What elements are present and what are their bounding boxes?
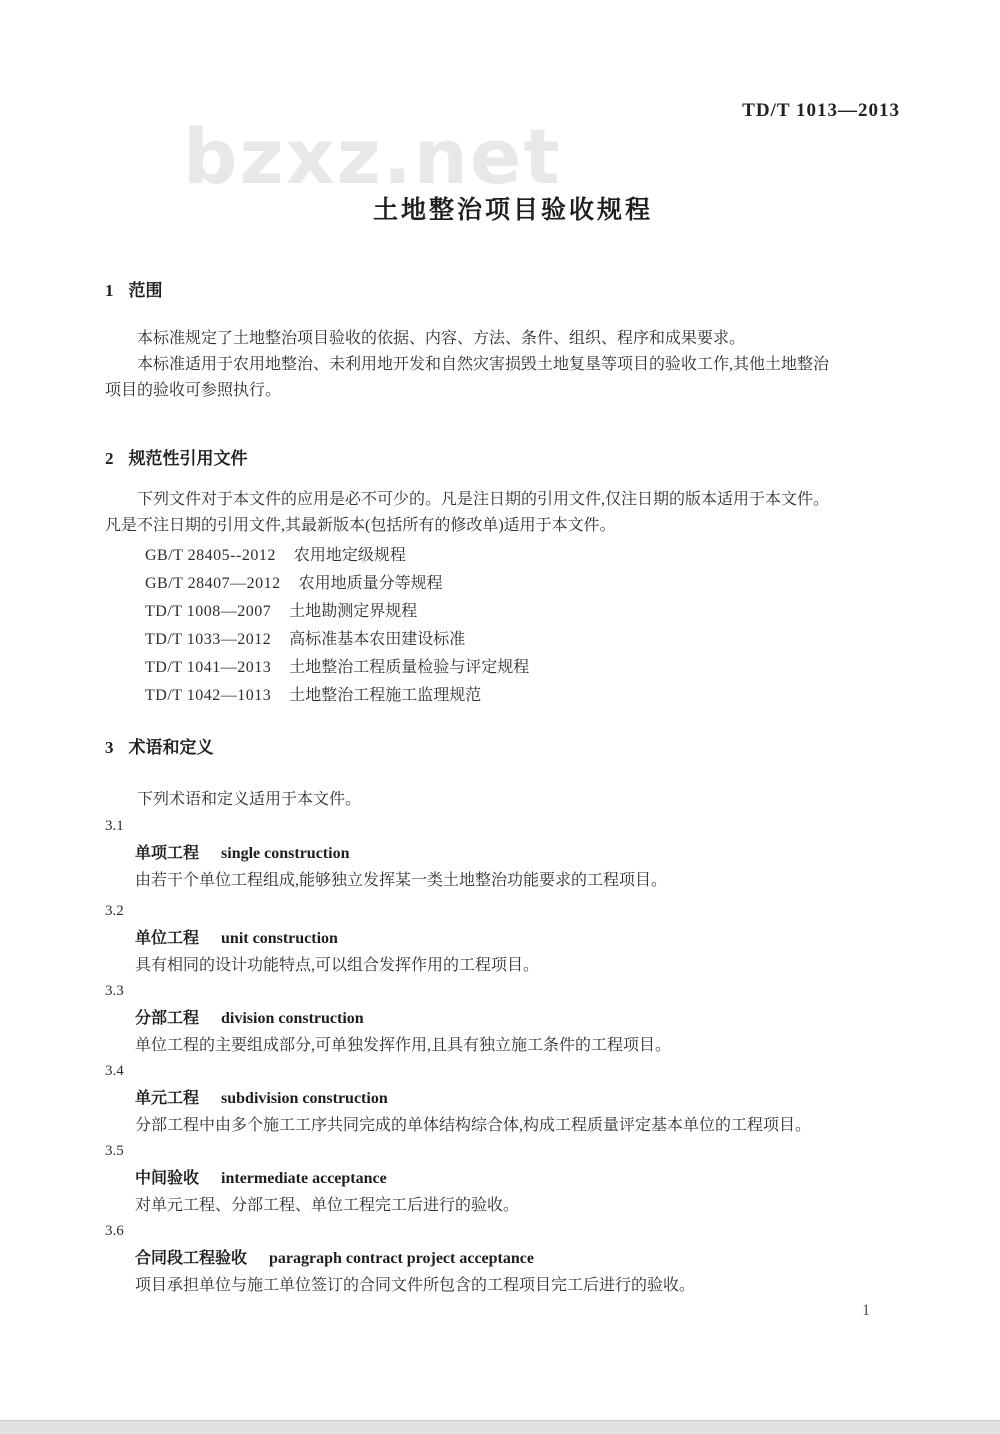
reference-item: TD/T 1033—2012高标准基本农田建设标准 — [145, 626, 925, 654]
term-definition: 由若干个单位工程组成,能够独立发挥某一类土地整治功能要求的工程项目。 — [105, 867, 905, 894]
term-entry: 3.6 合同段工程验收paragraph contract project ac… — [105, 1218, 905, 1299]
term-number: 3.2 — [105, 898, 905, 925]
term-definition: 对单元工程、分部工程、单位工程完工后进行的验收。 — [105, 1192, 905, 1219]
term-number: 3.3 — [105, 978, 905, 1005]
section-3-intro: 下列术语和定义适用于本文件。 — [105, 787, 829, 813]
term-en: intermediate acceptance — [221, 1170, 387, 1187]
reference-code: TD/T 1042—1013 — [145, 682, 271, 710]
term-title: 合同段工程验收paragraph contract project accept… — [105, 1245, 905, 1272]
reference-code: TD/T 1033—2012 — [145, 626, 271, 654]
term-number: 3.6 — [105, 1218, 905, 1245]
term-zh: 单位工程 — [135, 930, 199, 947]
term-zh: 中间验收 — [135, 1170, 199, 1187]
term-entry: 3.4 单元工程subdivision construction 分部工程中由多… — [105, 1058, 905, 1139]
watermark: bzxz.net — [183, 112, 562, 201]
term-en: division construction — [221, 1010, 364, 1027]
term-entry: 3.5 中间验收intermediate acceptance 对单元工程、分部… — [105, 1138, 905, 1219]
reference-name: 高标准基本农田建设标准 — [289, 631, 465, 648]
term-zh: 单项工程 — [135, 845, 199, 862]
section-1-title: 范围 — [129, 281, 163, 300]
term-title: 中间验收intermediate acceptance — [105, 1165, 905, 1192]
normative-references-list: GB/T 28405--2012农用地定级规程 GB/T 28407—2012农… — [145, 542, 925, 710]
reference-item: GB/T 28405--2012农用地定级规程 — [145, 542, 925, 570]
term-definition: 项目承担单位与施工单位签订的合同文件所包含的工程项目完工后进行的验收。 — [105, 1272, 905, 1299]
term-en: paragraph contract project acceptance — [269, 1250, 534, 1267]
term-title: 分部工程division construction — [105, 1005, 905, 1032]
paragraph: 下列文件对于本文件的应用是必不可少的。凡是注日期的引用文件,仅注日期的版本适用于… — [105, 487, 829, 539]
term-zh: 分部工程 — [135, 1010, 199, 1027]
reference-code: GB/T 28407—2012 — [145, 570, 281, 598]
term-en: unit construction — [221, 930, 338, 947]
reference-name: 土地整治工程质量检验与评定规程 — [289, 659, 529, 676]
term-definition: 单位工程的主要组成部分,可单独发挥作用,且具有独立施工条件的工程项目。 — [105, 1032, 905, 1059]
paragraph: 本标准规定了土地整治项目验收的依据、内容、方法、条件、组织、程序和成果要求。 — [105, 326, 829, 352]
section-3-number: 3 — [105, 738, 114, 758]
term-zh: 合同段工程验收 — [135, 1250, 247, 1267]
reference-code: GB/T 28405--2012 — [145, 542, 276, 570]
section-2-title: 规范性引用文件 — [129, 449, 248, 468]
reference-name: 农用地定级规程 — [294, 547, 406, 564]
reference-item: TD/T 1042—1013土地整治工程施工监理规范 — [145, 682, 925, 710]
document-title: 土地整治项目验收规程 — [13, 190, 1000, 226]
paragraph: 本标准适用于农用地整治、未利用地开发和自然灾害损毁土地复垦等项目的验收工作,其他… — [105, 352, 829, 404]
term-en: single construction — [221, 845, 349, 862]
term-number: 3.1 — [105, 813, 905, 840]
section-1-heading: 1范围 — [105, 276, 163, 301]
reference-code: TD/T 1008—2007 — [145, 598, 271, 626]
section-1-body: 本标准规定了土地整治项目验收的依据、内容、方法、条件、组织、程序和成果要求。 本… — [105, 326, 829, 404]
scan-edge-bar — [0, 1420, 1000, 1434]
term-definition: 分部工程中由多个施工工序共同完成的单体结构综合体,构成工程质量评定基本单位的工程… — [105, 1112, 905, 1139]
reference-name: 土地勘测定界规程 — [289, 603, 417, 620]
reference-item: GB/T 28407—2012农用地质量分等规程 — [145, 570, 925, 598]
standard-code: TD/T 1013—2013 — [742, 100, 900, 122]
paragraph: 下列术语和定义适用于本文件。 — [105, 787, 829, 813]
term-definition: 具有相同的设计功能特点,可以组合发挥作用的工程项目。 — [105, 952, 905, 979]
term-title: 单元工程subdivision construction — [105, 1085, 905, 1112]
reference-name: 土地整治工程施工监理规范 — [289, 687, 481, 704]
reference-item: TD/T 1041—2013土地整治工程质量检验与评定规程 — [145, 654, 925, 682]
reference-item: TD/T 1008—2007土地勘测定界规程 — [145, 598, 925, 626]
section-2-number: 2 — [105, 449, 114, 469]
term-entry: 3.2 单位工程unit construction 具有相同的设计功能特点,可以… — [105, 898, 905, 979]
term-entry: 3.3 分部工程division construction 单位工程的主要组成部… — [105, 978, 905, 1059]
reference-code: TD/T 1041—2013 — [145, 654, 271, 682]
section-3-title: 术语和定义 — [129, 738, 214, 757]
section-2-body: 下列文件对于本文件的应用是必不可少的。凡是注日期的引用文件,仅注日期的版本适用于… — [105, 487, 829, 539]
term-zh: 单元工程 — [135, 1090, 199, 1107]
reference-name: 农用地质量分等规程 — [299, 575, 443, 592]
term-en: subdivision construction — [221, 1090, 388, 1107]
term-number: 3.5 — [105, 1138, 905, 1165]
section-1-number: 1 — [105, 281, 114, 301]
section-2-heading: 2规范性引用文件 — [105, 444, 248, 469]
page-number: 1 — [862, 1302, 870, 1320]
term-entry: 3.1 单项工程single construction 由若干个单位工程组成,能… — [105, 813, 905, 894]
term-number: 3.4 — [105, 1058, 905, 1085]
document-page: TD/T 1013—2013 bzxz.net 土地整治项目验收规程 1范围 本… — [0, 0, 1000, 1434]
term-title: 单位工程unit construction — [105, 925, 905, 952]
term-title: 单项工程single construction — [105, 840, 905, 867]
section-3-heading: 3术语和定义 — [105, 733, 214, 758]
